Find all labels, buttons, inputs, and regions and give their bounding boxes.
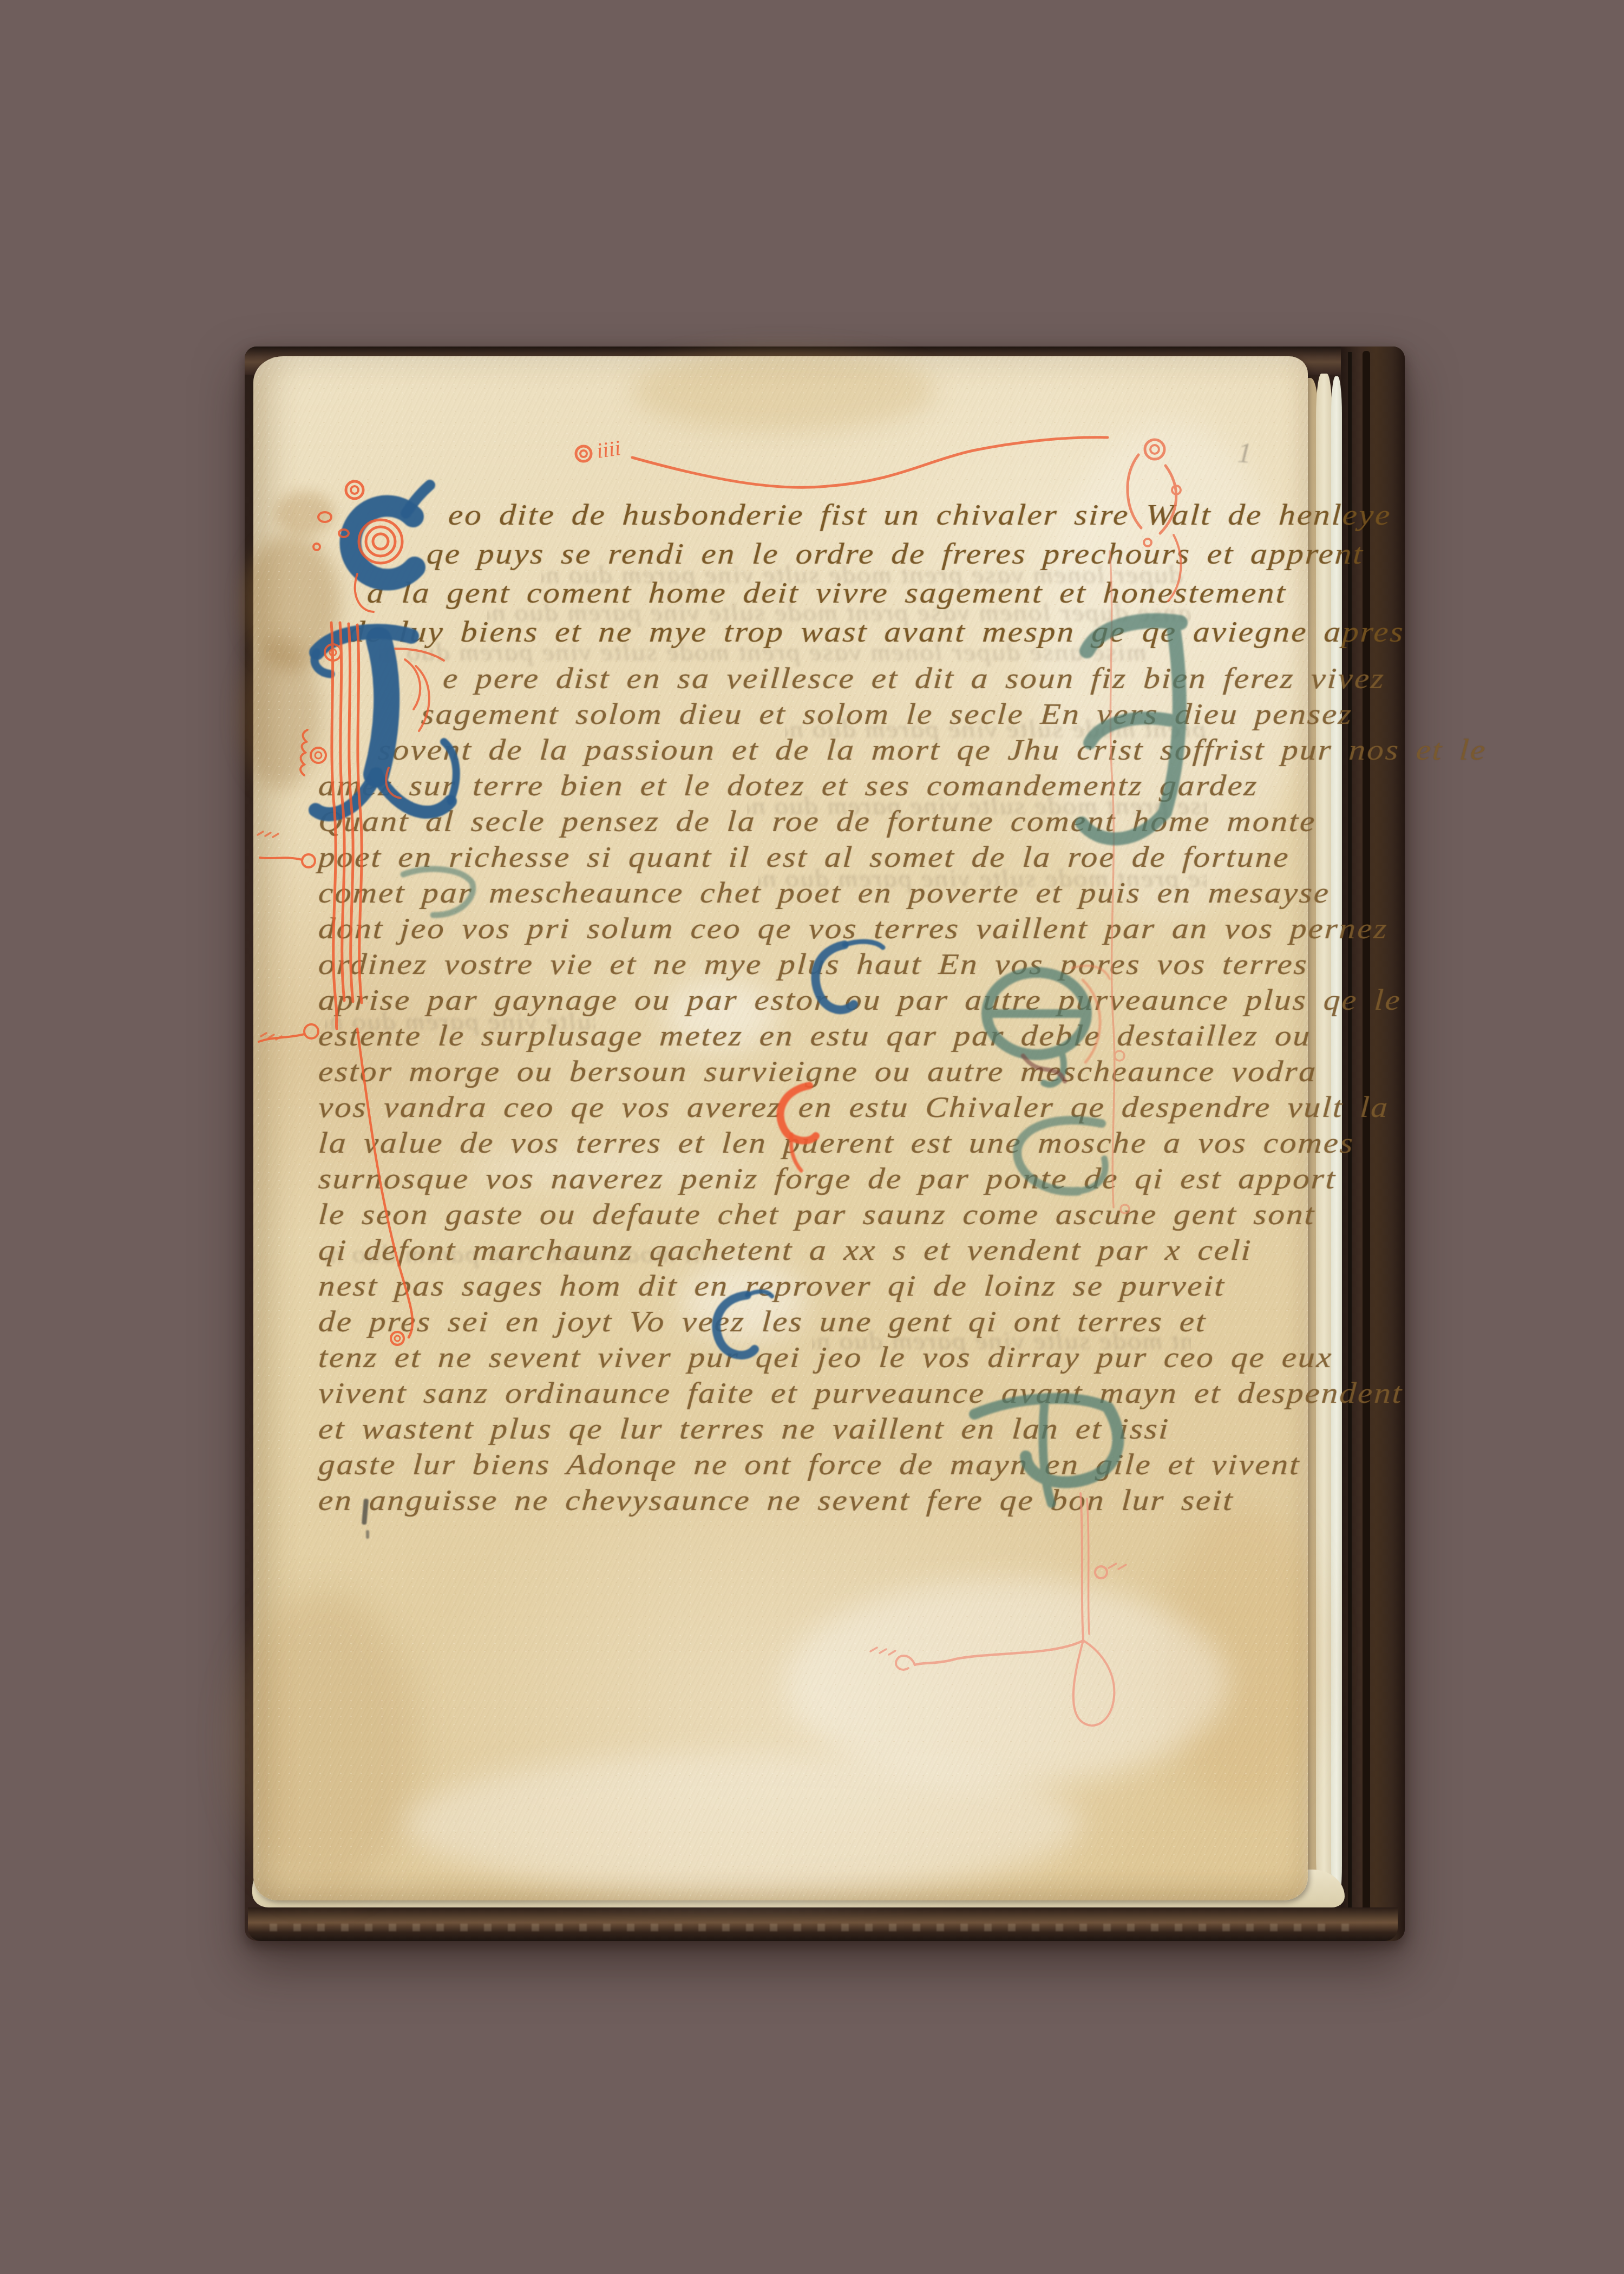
- rubric-line: eo dite de husbonderie fist un chivaler …: [447, 498, 1392, 533]
- stain: [1163, 1504, 1325, 1807]
- text-line: vos vandra ceo qe vos averez en estu Chi…: [317, 1090, 1390, 1125]
- text-line: vivent sanz ordinaunce faite et purveaun…: [317, 1376, 1404, 1411]
- stain: [632, 351, 935, 432]
- text-line: ordinez vostre vie et ne mye plus haut E…: [317, 948, 1309, 982]
- parchment-page: mise anse duper lonem vase prent mode su…: [253, 356, 1308, 1900]
- folio-number: 1: [1236, 437, 1253, 470]
- leather-highlight: [270, 1924, 1352, 1931]
- text-line: surnosque vos naverez peniz forge de par…: [317, 1162, 1337, 1197]
- text-line: e pere dist en sa veillesce et dit a sou…: [442, 662, 1386, 696]
- rubric-line: de luy biens et ne mye trop wast avant m…: [347, 615, 1405, 650]
- text-line: nest pas sages hom dit en reprover qi de…: [317, 1269, 1226, 1304]
- rubric-line: qe puys se rendi en le ordre de freres p…: [425, 537, 1365, 572]
- text-line: estente le surplusage metez en estu qar …: [317, 1019, 1312, 1054]
- cover-groove: [1363, 351, 1370, 1913]
- stain: [243, 535, 340, 670]
- text-line: sagement solom dieu et solom le secle En…: [420, 697, 1354, 732]
- sheen: [784, 1580, 1228, 1786]
- text-line: qi defont marchaunz qachetent a xx s et …: [317, 1233, 1253, 1268]
- text-line: le seon gaste ou defaute chet par saunz …: [317, 1198, 1316, 1232]
- red-header-line: [576, 437, 1108, 488]
- sheen: [405, 1753, 1082, 1894]
- text-line: Quant al secle pensez de la roe de fortu…: [317, 805, 1317, 839]
- text-line: estor morge ou bersoun survieigne ou aut…: [317, 1055, 1318, 1089]
- text-line: comet par mescheaunce chet poet en pover…: [317, 876, 1331, 911]
- text-line: en anguisse ne chevysaunce ne sevent fer…: [317, 1484, 1235, 1518]
- initial-c: [350, 485, 430, 580]
- text-line: gaste lur biens Adonqe ne ont force de m…: [317, 1448, 1301, 1482]
- text-line: tenz et ne sevent viver pur qei jeo le v…: [317, 1341, 1334, 1375]
- text-line: poet en richesse si quant il est al some…: [317, 840, 1291, 875]
- ink-blot: [366, 1530, 369, 1539]
- quire-mark: iiii: [595, 435, 622, 463]
- rubric-line: a la gent coment home deit vivre sagemen…: [366, 576, 1287, 611]
- stain: [275, 492, 335, 535]
- text-line: et wastent plus qe lur terres ne vaillen…: [317, 1412, 1170, 1447]
- text-line: sovent de la passioun et de la mort qe J…: [377, 733, 1488, 768]
- red-bottom-flourish: [870, 1493, 1126, 1726]
- text-line: la value de vos terres et len puerent es…: [317, 1126, 1355, 1161]
- stain: [232, 1591, 416, 1894]
- text-line: amez sur terre bien et le dotez et ses c…: [317, 769, 1259, 803]
- text-line: aprise par gaynage ou par estor ou par a…: [317, 983, 1402, 1018]
- text-line: dont jeo vos pri solum ceo qe vos terres…: [317, 912, 1389, 946]
- text-line: de pres sei en joyt Vo veez les une gent…: [317, 1305, 1208, 1339]
- book-cover-bottom-edge: [248, 1907, 1398, 1941]
- manuscript-photograph: mise anse duper lonem vase prent mode su…: [0, 0, 1624, 2274]
